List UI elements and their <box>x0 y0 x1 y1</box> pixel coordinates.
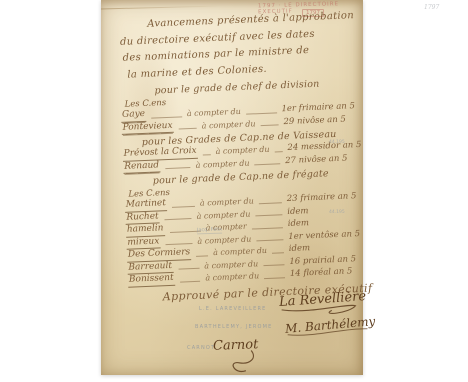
effective-date: 14 floréal an 5 <box>290 266 362 281</box>
dash-rule <box>165 243 192 245</box>
row-phrase: à compter du <box>201 118 255 132</box>
dash-rule <box>196 255 208 256</box>
dash-rule <box>259 202 282 204</box>
pencil-note-attribution: BARTHELEMY, JEROME <box>195 324 273 330</box>
dash-rule <box>272 252 284 253</box>
effective-date: 29 nivôse an 5 <box>283 114 355 129</box>
dash-rule <box>252 227 283 229</box>
manuscript-page: 1797 · LE DIRECTOIRE EXECUTIF 1797 Avanc… <box>101 0 363 375</box>
row-phrase: à compter du <box>197 233 251 247</box>
dash-rule <box>256 214 283 216</box>
row-phrase: à compter du <box>205 270 259 284</box>
dash-rule <box>256 239 283 241</box>
officer-name: Renaud <box>123 160 160 174</box>
pencil-margin-mark: 44.195 <box>329 140 345 145</box>
pencil-note-attribution: L.E. LAREVEILLERE <box>199 306 267 312</box>
pencil-note-hamelin: Jacq. Félix <box>197 227 222 235</box>
dash-rule <box>264 277 285 279</box>
dash-rule <box>203 154 211 155</box>
dash-rule <box>255 163 281 165</box>
paper-top-crease <box>101 6 221 10</box>
dash-rule <box>275 151 283 152</box>
margin-corner-mark: 1797 <box>424 4 439 11</box>
pencil-note-attribution: CARNOT <box>187 345 215 351</box>
row-phrase: à compter du <box>200 195 254 209</box>
row-phrase: à compter du <box>195 157 249 171</box>
officer-name: Gaye <box>121 109 146 123</box>
row-phrase: à compter du <box>213 245 267 259</box>
dash-rule <box>246 112 277 114</box>
dash-rule <box>263 264 284 266</box>
dash-rule <box>165 167 191 169</box>
row-phrase: à compter du <box>204 258 258 272</box>
dash-rule <box>180 280 201 282</box>
dash-rule <box>179 128 197 130</box>
row-phrase: à compter du <box>187 106 241 120</box>
signature-carnot: Carnot <box>213 337 259 354</box>
row-phrase: à compter du <box>196 208 250 222</box>
officer-name: Pontevieux <box>121 120 173 135</box>
dash-rule <box>151 116 182 118</box>
row-phrase: à compter du <box>215 144 269 158</box>
signature-flourish <box>213 348 260 380</box>
officer-name: Bonissent <box>128 273 175 287</box>
pencil-margin-mark: 44.195 <box>329 210 345 215</box>
effective-date: 27 nivôse an 5 <box>285 153 357 168</box>
dash-rule <box>172 205 195 207</box>
officer-name: Martinet <box>125 198 168 212</box>
dash-rule <box>261 124 279 126</box>
dash-rule <box>178 268 199 270</box>
manuscript-body: Avancemens présentés à l'approbation du … <box>117 8 363 304</box>
dash-rule <box>165 218 192 220</box>
